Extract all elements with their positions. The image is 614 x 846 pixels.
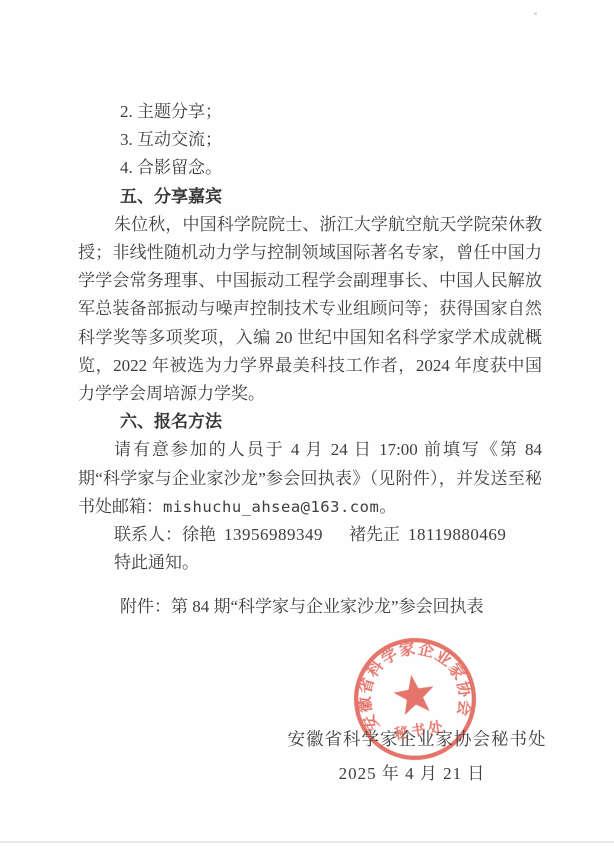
- agenda-item-3: 3. 互动交流；: [78, 126, 542, 154]
- document-page: 2. 主题分享； 3. 互动交流； 4. 合影留念。 五、分享嘉宾 朱位秋，中国…: [0, 0, 614, 846]
- seal-graphic: 安徽省科学家企业家协会 秘书处: [339, 623, 490, 774]
- section6-heading: 六、报名方法: [78, 408, 542, 436]
- contact1-phone: 13956989349: [224, 525, 323, 544]
- scan-page-edge: [0, 841, 614, 843]
- contact2-name: 褚先正: [349, 525, 400, 544]
- seal-star-icon: [391, 672, 437, 716]
- official-seal: 安徽省科学家企业家协会 秘书处: [339, 623, 490, 774]
- agenda-item-4: 4. 合影留念。: [78, 154, 542, 182]
- contact-label: 联系人：: [114, 525, 182, 544]
- secretariat-email: mishuchu_ahsea@163.com: [163, 498, 379, 516]
- contact2-phone: 18119880469: [408, 525, 506, 544]
- sentence-end: 。: [379, 497, 396, 516]
- document-body: 2. 主题分享； 3. 互动交流； 4. 合影留念。 五、分享嘉宾 朱位秋，中国…: [0, 0, 614, 622]
- agenda-item-2: 2. 主题分享；: [78, 98, 542, 126]
- signature-date: 2025 年 4 月 21 日: [339, 759, 486, 784]
- scan-speck: [534, 12, 537, 15]
- signature-organization: 安徽省科学家企业家协会秘书处: [288, 726, 547, 751]
- contact1-name: 徐艳: [182, 525, 216, 544]
- notice-line: 特此通知。: [78, 549, 542, 577]
- section6-paragraph: 请有意参加的人员于 4 月 24 日 17:00 前填写《第 84 期“科学家与…: [78, 436, 542, 521]
- section5-heading: 五、分享嘉宾: [78, 183, 542, 211]
- attachment-line: 附件：第 84 期“科学家与企业家沙龙”参会回执表: [78, 593, 542, 621]
- contact-line: 联系人：徐艳13956989349褚先正18119880469: [78, 521, 542, 549]
- section5-paragraph: 朱位秋，中国科学院院士、浙江大学航空航天学院荣休教授；非线性随机动力学与控制领域…: [78, 211, 542, 408]
